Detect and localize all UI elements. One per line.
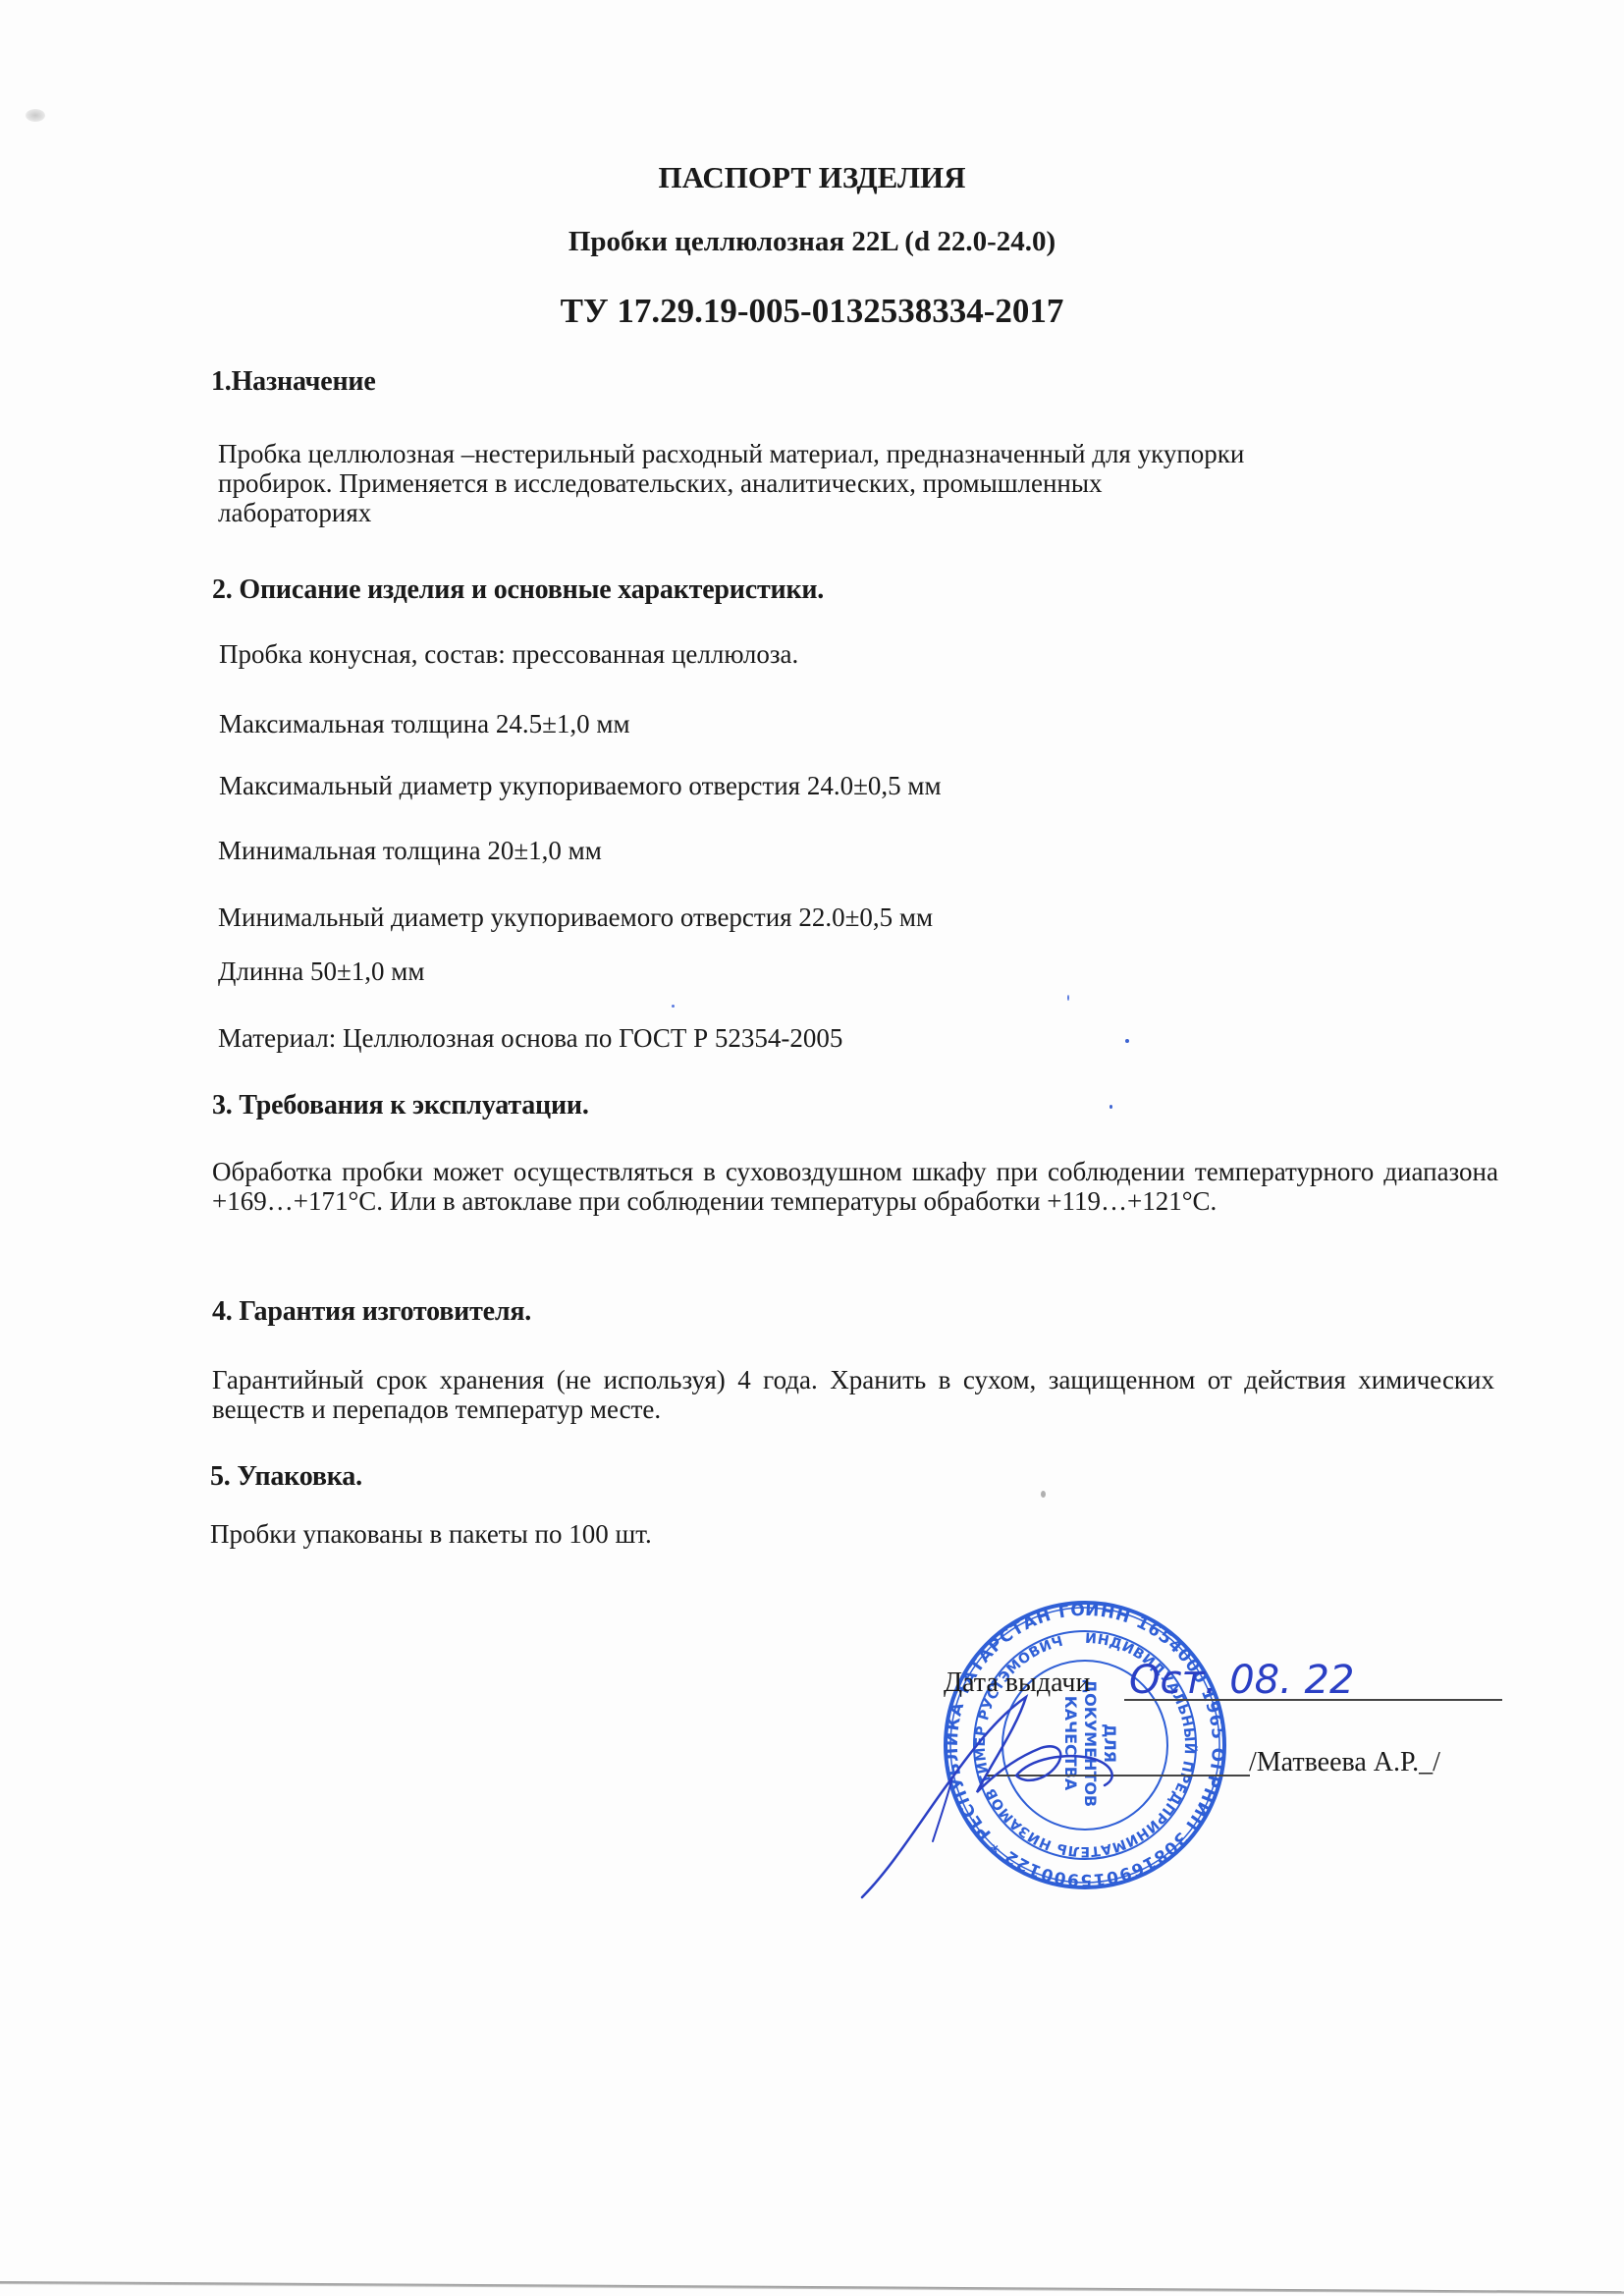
section-1-heading: 1.Назначение — [211, 366, 376, 398]
section-4-paragraph: Гарантийный срок хранения (не используя)… — [212, 1365, 1494, 1424]
scan-bottom-edge — [0, 2281, 1624, 2294]
section-1-line-1: Пробка целлюлозная –нестерильный расходн… — [218, 440, 1244, 468]
spec-item: Минимальная толщина 20±1,0 мм — [218, 837, 602, 865]
handwritten-signature — [854, 1669, 1208, 1915]
spec-item: Пробка конусная, состав: прессованная це… — [219, 640, 798, 669]
product-name: Пробки целлюлозная 22L (d 22.0-24.0) — [0, 226, 1624, 258]
section-5-paragraph: Пробки упакованы в пакеты по 100 шт. — [210, 1520, 652, 1549]
spec-item: Минимальный диаметр укупориваемого отвер… — [218, 903, 933, 932]
spec-item: Материал: Целлюлозная основа по ГОСТ Р 5… — [218, 1024, 842, 1053]
scan-speck — [1067, 995, 1069, 1001]
document-title: ПАСПОРТ ИЗДЕЛИЯ — [0, 160, 1624, 195]
section-4-heading: 4. Гарантия изготовителя. — [212, 1296, 531, 1328]
scan-speck — [1125, 1039, 1129, 1043]
scan-speck — [1110, 1105, 1112, 1109]
spec-code: ТУ 17.29.19-005-0132538334-2017 — [0, 292, 1624, 331]
section-3-paragraph: Обработка пробки может осуществляться в … — [212, 1157, 1498, 1216]
section-3-heading: 3. Требования к эксплуатации. — [212, 1090, 589, 1121]
signer-name: /Матвеева А.Р._/ — [1249, 1748, 1440, 1777]
document-page: ПАСПОРТ ИЗДЕЛИЯ Пробки целлюлозная 22L (… — [0, 0, 1624, 2296]
section-1-line-2: пробирок. Применяется в исследовательски… — [218, 469, 1103, 498]
spec-item: Длинна 50±1,0 мм — [218, 957, 424, 986]
section-1-line-3: лабораториях — [218, 499, 371, 527]
scan-speck — [1041, 1491, 1046, 1498]
section-5-heading: 5. Упаковка. — [210, 1461, 362, 1493]
section-2-heading: 2. Описание изделия и основные характери… — [212, 574, 824, 606]
scan-smudge — [26, 109, 45, 122]
spec-item: Максимальная толщина 24.5±1,0 мм — [219, 710, 630, 738]
scan-speck — [672, 1005, 675, 1008]
spec-item: Максимальный диаметр укупориваемого отве… — [219, 772, 942, 800]
